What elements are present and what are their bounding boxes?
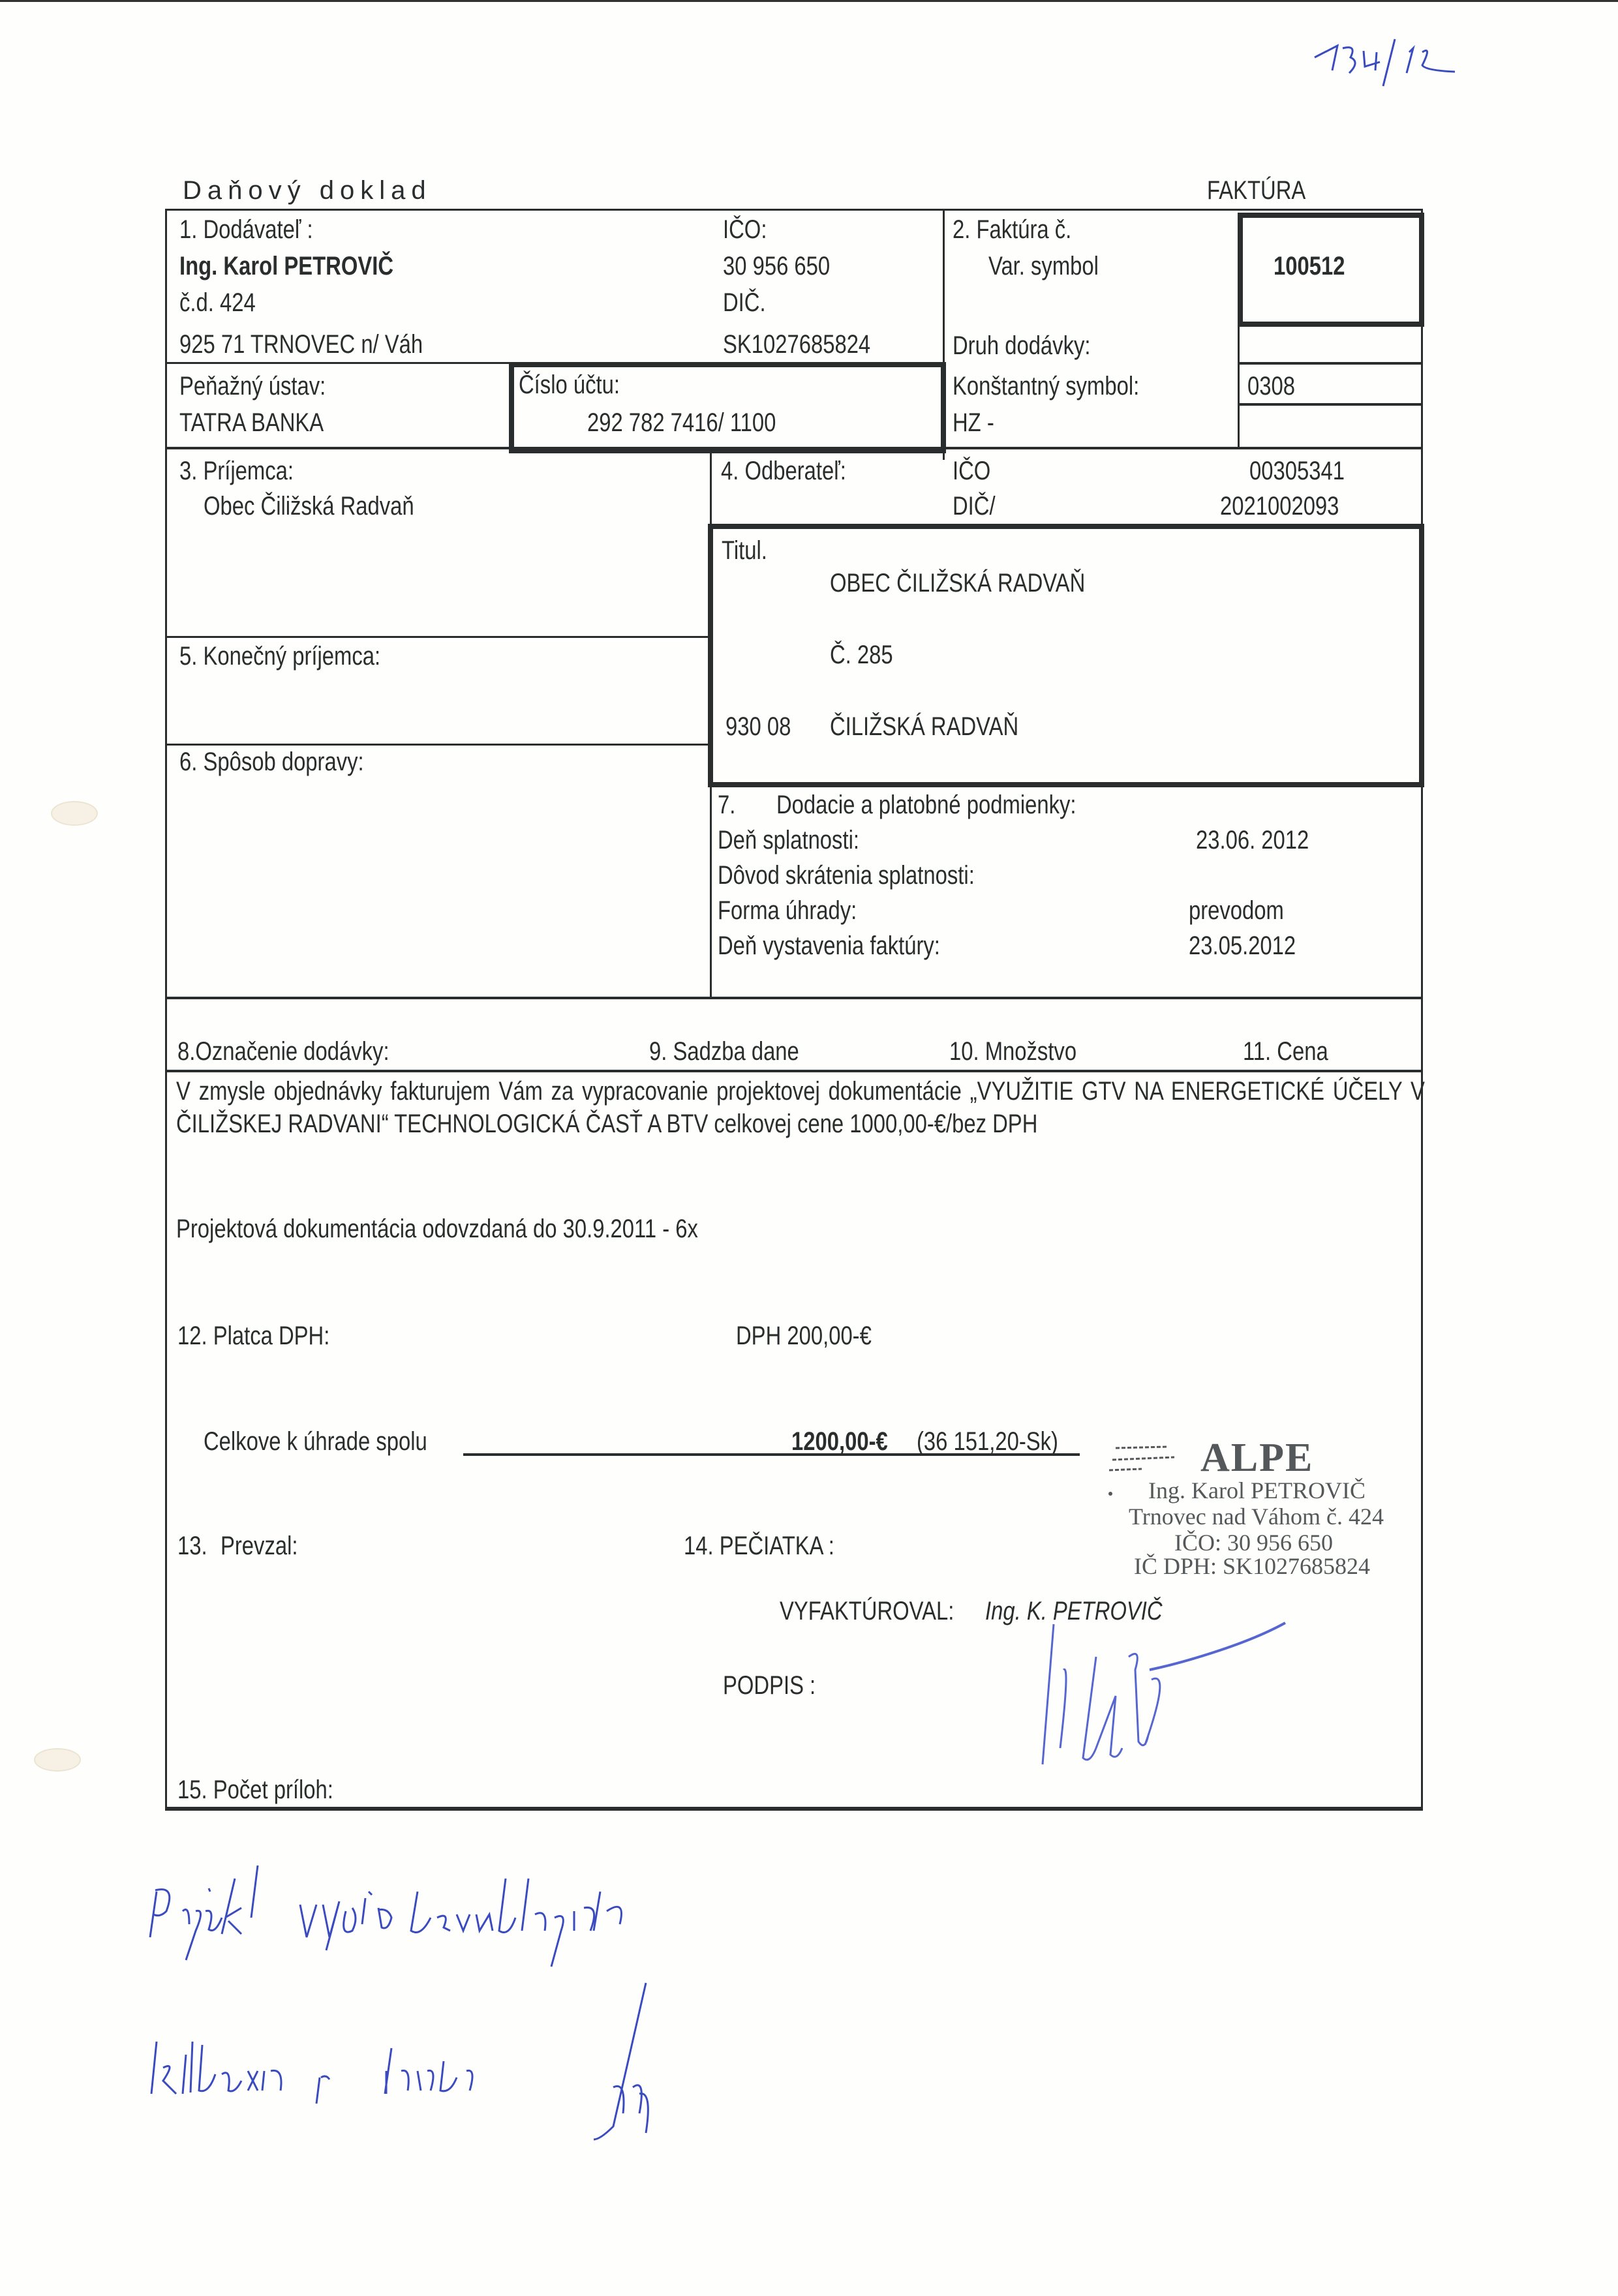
punch-hole-top xyxy=(51,801,98,826)
account-number: 292 782 7416/ 1100 xyxy=(587,407,776,438)
due-date: 23.06. 2012 xyxy=(1196,824,1309,856)
customer-zip: 930 08 xyxy=(725,711,791,742)
price-header: 11. Cena xyxy=(1243,1036,1328,1067)
scan-top-edge xyxy=(0,0,1618,2)
vat-label: 12. Platca DPH: xyxy=(177,1320,329,1352)
punch-hole-bottom xyxy=(34,1748,81,1772)
customer-dic-label: DIČ/ xyxy=(953,491,996,522)
supplier-dic-label: DIČ. xyxy=(723,287,766,318)
handwritten-ref-strokes xyxy=(1311,26,1481,91)
customer-title-label: Titul. xyxy=(722,535,767,566)
supplier-name: Ing. Karol PETROVIČ xyxy=(179,250,393,282)
bank-name: TATRA BANKA xyxy=(179,407,324,438)
issue-date: 23.05.2012 xyxy=(1189,930,1296,961)
invoice-heading: FAKTÚRA xyxy=(1207,175,1305,206)
document-type-title: Daňový doklad xyxy=(183,175,432,206)
supplier-label: 1. Dodávateľ : xyxy=(179,214,313,245)
due-date-label: Deň splatnosti: xyxy=(718,824,859,856)
final-recipient-label: 5. Konečný príjemca: xyxy=(179,641,380,672)
stamp-company: ALPE xyxy=(1200,1435,1313,1481)
handwritten-reference-number: 134/12 xyxy=(1311,26,1481,95)
designation-header: 8.Označenie dodávky: xyxy=(177,1036,389,1067)
customer-address-box xyxy=(708,524,1424,787)
invoice-number: 100512 xyxy=(1274,250,1345,282)
customer-dic: 2021002093 xyxy=(1220,491,1339,522)
recipient-name: Obec Čiližská Radvaň xyxy=(204,491,414,522)
customer-ico: 00305341 xyxy=(1249,455,1345,487)
attachments-label: 15. Počet príloh: xyxy=(177,1774,333,1805)
divider xyxy=(165,997,1423,999)
divider xyxy=(165,447,1423,449)
shortening-reason-label: Dôvod skrátenia splatnosti: xyxy=(718,860,975,891)
total-label: Celkove k úhrade spolu xyxy=(204,1426,427,1457)
items-description: V zmysle objednávky fakturujem Vám za vy… xyxy=(176,1075,1425,1140)
terms-label-number: 7. xyxy=(718,789,735,821)
company-stamp: ALPE Ing. Karol PETROVIČ Trnovec nad Váh… xyxy=(1103,1435,1409,1585)
recipient-label: 3. Príjemca: xyxy=(179,455,294,487)
total-value: 1200,00-€ xyxy=(791,1426,888,1457)
stamp-ic-dph: IČ DPH: SK1027685824 xyxy=(1134,1552,1370,1580)
signature xyxy=(1037,1618,1429,1784)
stamp-smudge xyxy=(1103,1442,1187,1507)
stamp-address: Trnovec nad Váhom č. 424 xyxy=(1129,1503,1384,1530)
supplier-city: 925 71 TRNOVEC n/ Váh xyxy=(179,329,423,360)
transport-label: 6. Spôsob dopravy: xyxy=(179,746,364,778)
handwritten-note-strokes xyxy=(144,1852,1253,2192)
divider xyxy=(1238,403,1423,406)
supplier-street: č.d. 424 xyxy=(179,287,256,318)
handwritten-note: Projekt využitia termálnej vody súhlasím… xyxy=(144,1852,1253,2192)
divider xyxy=(165,1807,1423,1811)
divider xyxy=(165,1070,1423,1072)
bank-label: Peňažný ústav: xyxy=(179,370,326,402)
received-label-number: 13. xyxy=(177,1530,207,1562)
var-symbol-label: Var. symbol xyxy=(988,250,1099,282)
divider xyxy=(1238,362,1423,365)
issue-date-label: Deň vystavenia faktúry: xyxy=(718,930,940,961)
items-note: Projektová dokumentácia odovzdaná do 30.… xyxy=(176,1213,698,1245)
invoice-number-label: 2. Faktúra č. xyxy=(953,214,1071,245)
terms-label: Dodacie a platobné podmienky: xyxy=(776,789,1076,821)
customer-label: 4. Odberateľ: xyxy=(721,455,846,487)
supplier-ico-label: IČO: xyxy=(723,214,767,245)
total-value-sk: (36 151,20-Sk) xyxy=(917,1426,1058,1457)
signature-label: PODPIS : xyxy=(723,1670,816,1701)
constant-symbol: 0308 xyxy=(1247,370,1295,402)
delivery-type-label: Druh dodávky: xyxy=(953,330,1090,361)
customer-street: Č. 285 xyxy=(830,639,893,671)
signature-strokes xyxy=(1037,1618,1429,1781)
stamp-label: 14. PEČIATKA : xyxy=(684,1530,834,1562)
received-label: Prevzal: xyxy=(221,1530,298,1562)
account-label: Číslo účtu: xyxy=(519,369,620,400)
divider xyxy=(165,362,511,364)
divider xyxy=(165,744,712,746)
vat-value: DPH 200,00-€ xyxy=(736,1320,872,1352)
divider xyxy=(165,636,712,638)
constant-symbol-label: Konštantný symbol: xyxy=(953,370,1139,402)
quantity-header: 10. Množstvo xyxy=(949,1036,1076,1067)
divider xyxy=(1238,323,1240,448)
hz-label: HZ - xyxy=(953,407,994,438)
supplier-dic: SK1027685824 xyxy=(723,329,870,360)
tax-rate-header: 9. Sadzba dane xyxy=(649,1036,799,1067)
customer-ico-label: IČO xyxy=(953,455,990,487)
payment-form-label: Forma úhrady: xyxy=(718,895,857,926)
customer-name: OBEC ČILIŽSKÁ RADVAŇ xyxy=(830,567,1085,599)
invoiced-by-label: VYFAKTÚROVAL: xyxy=(780,1595,954,1627)
customer-city: ČILIŽSKÁ RADVAŇ xyxy=(830,711,1018,742)
supplier-ico: 30 956 650 xyxy=(723,250,830,282)
payment-form: prevodom xyxy=(1189,895,1284,926)
